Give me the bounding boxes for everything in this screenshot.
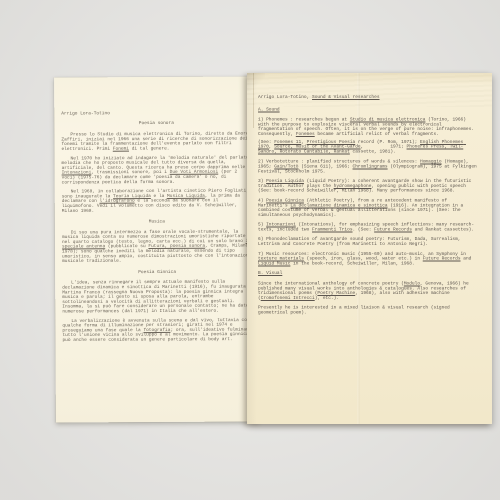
visual-paragraph: Since the international anthology of con…	[258, 282, 477, 301]
paragraph-fonemi: Presso lo Studio di musica elettronica d…	[61, 132, 251, 152]
closing-paragraph: Presently he is interested in a mixed li…	[258, 306, 477, 316]
page-left-text: Arrigo Lora-TotinoPoesia sonoraPresso lo…	[61, 111, 252, 348]
item-1-citation: (See: Fonemes 11, Prestigious Poesia rec…	[258, 140, 477, 154]
paragraph-ginnica-2: La verbalizzazione è avvenuta sulla scen…	[62, 318, 252, 343]
page-right-text: Arrigo Lora-Totino, Sound & Visual resea…	[258, 95, 477, 320]
heading-musica: Musica	[62, 219, 252, 225]
document-page-right: Arrigo Lora-Totino, Sound & Visual resea…	[247, 73, 492, 424]
section-title: Poesia sonora	[61, 120, 251, 126]
item-5-intonazioni: 5) Intonazioni (Intonations), for emphas…	[258, 223, 477, 233]
subhead-visual: B. Visual	[258, 271, 477, 276]
page-header: Arrigo Lora-Totino, Sound & Visual resea…	[258, 95, 477, 100]
subhead-sound: A. Sound	[258, 107, 477, 112]
item-6-phonodeclamation: 6) Phonodeclamation of avantgarde sound …	[258, 237, 477, 247]
desk-background: Arrigo Lora-TotinoPoesia sonoraPresso lo…	[0, 0, 500, 500]
document-page-left: Arrigo Lora-TotinoPoesia sonoraPresso lo…	[54, 76, 259, 422]
author-name: Arrigo Lora-Totino	[61, 111, 251, 117]
item-1-phonemes: 1) Phonemes : researches begun at Studio…	[258, 118, 477, 137]
heading-poesia-ginnica: Poesia Ginnica	[62, 269, 252, 275]
item-7-music-resources: 7) Music resources: electronic music (19…	[258, 252, 477, 266]
item-3-poesia-liquida: 3) Poesia Liquida (Liquid Poetry): a coh…	[258, 179, 477, 193]
paragraph-musica: Di suo una pura intermezzo a fase orale …	[62, 229, 252, 264]
item-2-verbotetture: 2) Verbotetture : planified structures o…	[258, 160, 477, 174]
paragraph-liquida: Nel 1968, in collaborazione con l'artist…	[62, 189, 252, 214]
paragraph-ginnica-1: L'idea, senza rinnegare il sempre attual…	[62, 280, 252, 315]
item-4-poesia-ginnica: 4) Poesia Ginnica (Athletic Poetry), fro…	[258, 198, 477, 217]
paragraph-melodia: Nel 1970 ho iniziato ad indagare la 'mel…	[62, 155, 252, 185]
